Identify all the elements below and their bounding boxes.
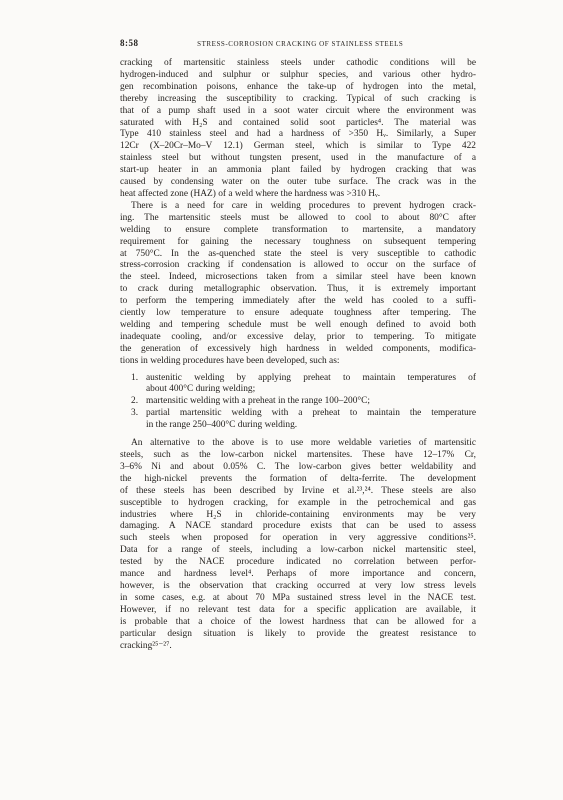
welding-modifications-list: 1.austenitic welding by applying preheat… [131,373,476,433]
text-line: welding and tempering schedule must be w… [120,320,476,332]
text-line: in the range 250–400°C during welding. [146,420,476,432]
text-line: gen recombination poisons, enhance the t… [120,82,476,94]
text-line: martensitic welding with a preheat in th… [146,396,476,408]
text-line: stress-corrosion cracking if condensatio… [120,260,476,272]
text-line: partial martensitic welding with a prehe… [146,408,476,420]
text-line: austenitic welding by applying preheat t… [146,373,476,385]
text-line: of these steels has been described by Ir… [120,486,476,498]
text-line: that of a pump shaft used in a soot wate… [120,106,476,118]
text-line: mance and hardness level⁴. Perhaps of mo… [120,569,476,581]
text-line: caused by condensing water on the outer … [120,177,476,189]
text-line: Data for a range of steels, including a … [120,545,476,557]
text-line: heat affected zone (HAZ) of a weld where… [120,189,476,201]
list-item: 3.partial martensitic welding with a pre… [131,408,476,432]
list-item-marker: 2. [131,396,146,408]
text-line: However, if no relevant test data for a … [120,605,476,617]
text-line: welding to ensure complete transformatio… [120,225,476,237]
text-line: steels, such as the low-carbon nickel ma… [120,450,476,462]
text-line: at 750°C. In the as-quenched state the s… [120,249,476,261]
text-line: particular design situation is likely to… [120,629,476,641]
book-page: 8:58 STRESS-CORROSION CRACKING OF STAINL… [0,0,563,800]
text-line: An alternative to the above is to use mo… [120,438,476,450]
text-line: susceptible to hydrogen cracking, for ex… [120,498,476,510]
list-item-lines: martensitic welding with a preheat in th… [146,396,476,408]
list-item-marker: 1. [131,373,146,397]
text-line: to crack during metallographic observati… [120,284,476,296]
text-line: stainless steel but without tungsten pre… [120,153,476,165]
paragraph: There is a need for care in welding proc… [120,201,476,368]
text-line: such steels when proposed for operation … [120,533,476,545]
running-title: STRESS-CORROSION CRACKING OF STAINLESS S… [139,40,477,48]
text-line: ciently low temperature to ensure adequa… [120,308,476,320]
text-line: industries where H₂S in chloride-contain… [120,510,476,522]
text-line: cracking²⁵⁻²⁷. [120,641,476,653]
list-item-lines: partial martensitic welding with a prehe… [146,408,476,432]
list-item-lines: austenitic welding by applying preheat t… [146,373,476,397]
paragraph: An alternative to the above is to use mo… [120,438,476,652]
text-line: 3–6% Ni and about 0.05% C. The low-carbo… [120,462,476,474]
page-header: 8:58 STRESS-CORROSION CRACKING OF STAINL… [120,38,476,48]
text-line: however, is the observation that crackin… [120,581,476,593]
text-line: tested by the NACE procedure indicated n… [120,557,476,569]
page-body: cracking of martensitic stainless steels… [120,58,476,652]
text-line: the steel. Indeed, microsections taken f… [120,272,476,284]
text-line: about 400°C during welding; [146,384,476,396]
text-line: thereby increasing the susceptibility to… [120,94,476,106]
list-item: 1.austenitic welding by applying preheat… [131,373,476,397]
text-line: requirement for gaining the necessary to… [120,237,476,249]
text-line: ing. The martensitic steels must be allo… [120,213,476,225]
text-line: tions in welding procedures have been de… [120,356,476,368]
paragraph: cracking of martensitic stainless steels… [120,58,476,201]
text-line: cracking of martensitic stainless steels… [120,58,476,70]
text-line: the generation of excessively high hardn… [120,344,476,356]
section-number: 8:58 [120,38,139,48]
text-line: inadequate cooling, and/or excessive del… [120,332,476,344]
text-line: There is a need for care in welding proc… [120,201,476,213]
text-line: Type 410 stainless steel and had a hardn… [120,129,476,141]
text-line: is probable that a choice of the lowest … [120,617,476,629]
text-line: damaging. A NACE standard procedure exis… [120,521,476,533]
text-line: in some cases, e.g. at about 70 MPa sust… [120,593,476,605]
list-item-marker: 3. [131,408,146,432]
text-line: 12Cr (X–20Cr–Mo–V 12.1) German steel, wh… [120,141,476,153]
text-line: hydrogen-induced and sulphur or sulphur … [120,70,476,82]
text-line: start-up heater in an ammonia plant fail… [120,165,476,177]
list-item: 2.martensitic welding with a preheat in … [131,396,476,408]
text-line: the high-nickel prevents the formation o… [120,474,476,486]
text-line: saturated with H₂S and contained solid s… [120,118,476,130]
text-line: to perform the tempering immediately aft… [120,296,476,308]
